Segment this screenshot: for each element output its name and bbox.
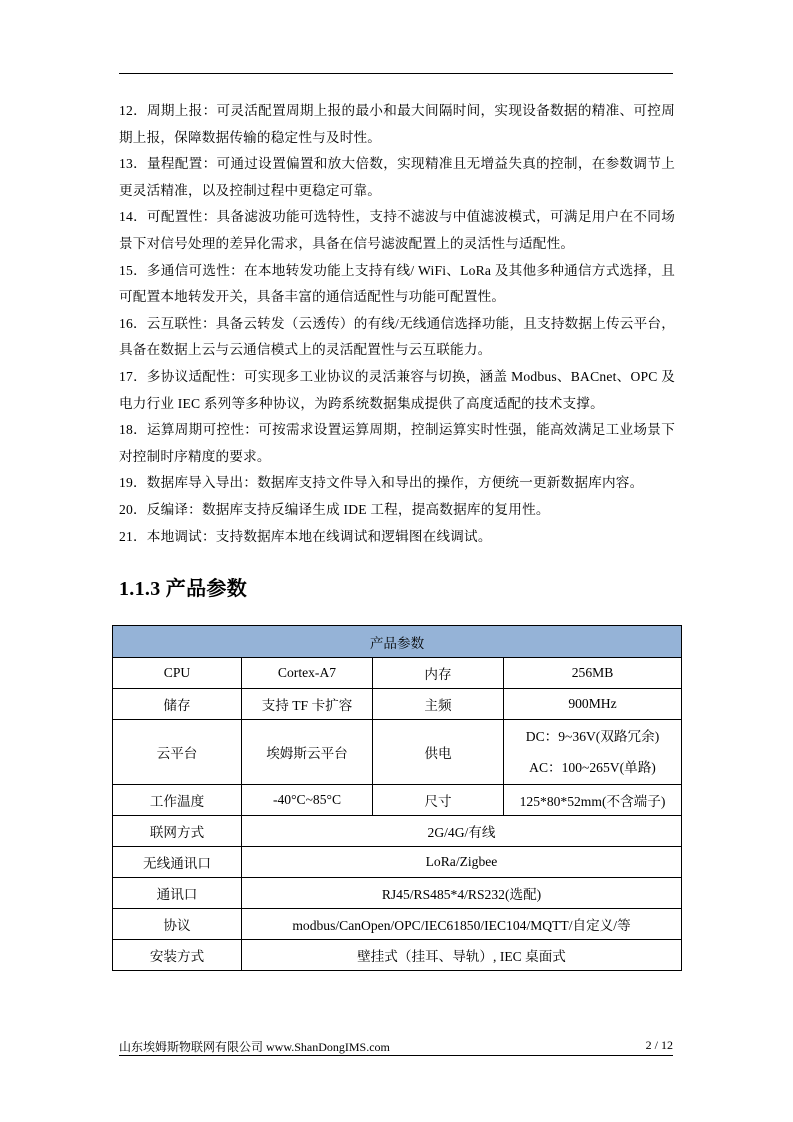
feature-item-12: 12．周期上报：可灵活配置周期上报的最小和最大间隔时间，实现设备数据的精准、可控…	[119, 98, 675, 151]
header-rule	[119, 73, 673, 74]
param-label: 主频	[373, 689, 504, 720]
table-row: 云平台 埃姆斯云平台 供电 DC：9~36V(双路冗余) AC：100~265V…	[113, 720, 682, 785]
table-title-row: 产品参数	[113, 626, 682, 658]
table-row: 安装方式 壁挂式（挂耳、导轨）, IEC 桌面式	[113, 940, 682, 971]
param-value: 256MB	[504, 658, 682, 689]
param-label: 无线通讯口	[113, 847, 242, 878]
param-label: 工作温度	[113, 785, 242, 816]
table-title: 产品参数	[113, 626, 682, 658]
feature-item-21: 21．本地调试：支持数据库本地在线调试和逻辑图在线调试。	[119, 524, 675, 551]
param-label: 联网方式	[113, 816, 242, 847]
table-row: CPU Cortex-A7 内存 256MB	[113, 658, 682, 689]
param-label: 协议	[113, 909, 242, 940]
feature-item-17: 17．多协议适配性：可实现多工业协议的灵活兼容与切换，涵盖 Modbus、BAC…	[119, 364, 675, 417]
param-label: CPU	[113, 658, 242, 689]
power-dc: DC：9~36V(双路冗余)	[506, 721, 679, 752]
param-value: 125*80*52mm(不含端子)	[504, 785, 682, 816]
param-label: 尺寸	[373, 785, 504, 816]
param-label: 储存	[113, 689, 242, 720]
param-value: -40°C~85°C	[242, 785, 373, 816]
param-value: modbus/CanOpen/OPC/IEC61850/IEC104/MQTT/…	[242, 909, 682, 940]
section-heading: 1.1.3 产品参数	[119, 572, 247, 601]
param-value: RJ45/RS485*4/RS232(选配)	[242, 878, 682, 909]
table-row: 储存 支持 TF 卡扩容 主频 900MHz	[113, 689, 682, 720]
param-label: 通讯口	[113, 878, 242, 909]
param-value: Cortex-A7	[242, 658, 373, 689]
page-footer: 山东埃姆斯物联网有限公司 www.ShanDongIMS.com 2 / 12	[119, 1038, 673, 1055]
footer-rule	[119, 1055, 673, 1056]
param-label: 内存	[373, 658, 504, 689]
table-row: 无线通讯口 LoRa/Zigbee	[113, 847, 682, 878]
footer-company: 山东埃姆斯物联网有限公司 www.ShanDongIMS.com	[119, 1038, 390, 1055]
product-params-table: 产品参数 CPU Cortex-A7 内存 256MB 储存 支持 TF 卡扩容…	[112, 625, 682, 971]
param-value: 埃姆斯云平台	[242, 720, 373, 785]
param-label: 云平台	[113, 720, 242, 785]
feature-item-19: 19．数据库导入导出：数据库支持文件导入和导出的操作，方便统一更新数据库内容。	[119, 470, 675, 497]
feature-item-20: 20．反编译：数据库支持反编译生成 IDE 工程，提高数据库的复用性。	[119, 497, 675, 524]
param-value: 2G/4G/有线	[242, 816, 682, 847]
table-row: 工作温度 -40°C~85°C 尺寸 125*80*52mm(不含端子)	[113, 785, 682, 816]
power-value: DC：9~36V(双路冗余) AC：100~265V(单路)	[504, 720, 682, 785]
power-ac: AC：100~265V(单路)	[506, 752, 679, 783]
param-value: 900MHz	[504, 689, 682, 720]
param-value: 支持 TF 卡扩容	[242, 689, 373, 720]
feature-item-18: 18．运算周期可控性：可按需求设置运算周期，控制运算实时性强，能高效满足工业场景…	[119, 417, 675, 470]
feature-list: 12．周期上报：可灵活配置周期上报的最小和最大间隔时间，实现设备数据的精准、可控…	[119, 98, 675, 550]
page-number: 2 / 12	[646, 1038, 673, 1055]
param-value: 壁挂式（挂耳、导轨）, IEC 桌面式	[242, 940, 682, 971]
param-label: 供电	[373, 720, 504, 785]
table-row: 联网方式 2G/4G/有线	[113, 816, 682, 847]
feature-item-13: 13．量程配置：可通过设置偏置和放大倍数，实现精准且无增益失真的控制，在参数调节…	[119, 151, 675, 204]
param-value: LoRa/Zigbee	[242, 847, 682, 878]
table-row: 协议 modbus/CanOpen/OPC/IEC61850/IEC104/MQ…	[113, 909, 682, 940]
table-row: 通讯口 RJ45/RS485*4/RS232(选配)	[113, 878, 682, 909]
feature-item-15: 15．多通信可选性：在本地转发功能上支持有线/ WiFi、LoRa 及其他多种通…	[119, 258, 675, 311]
param-label: 安装方式	[113, 940, 242, 971]
feature-item-16: 16．云互联性：具备云转发（云透传）的有线/无线通信选择功能，且支持数据上传云平…	[119, 311, 675, 364]
feature-item-14: 14．可配置性：具备滤波功能可选特性，支持不滤波与中值滤波模式，可满足用户在不同…	[119, 204, 675, 257]
